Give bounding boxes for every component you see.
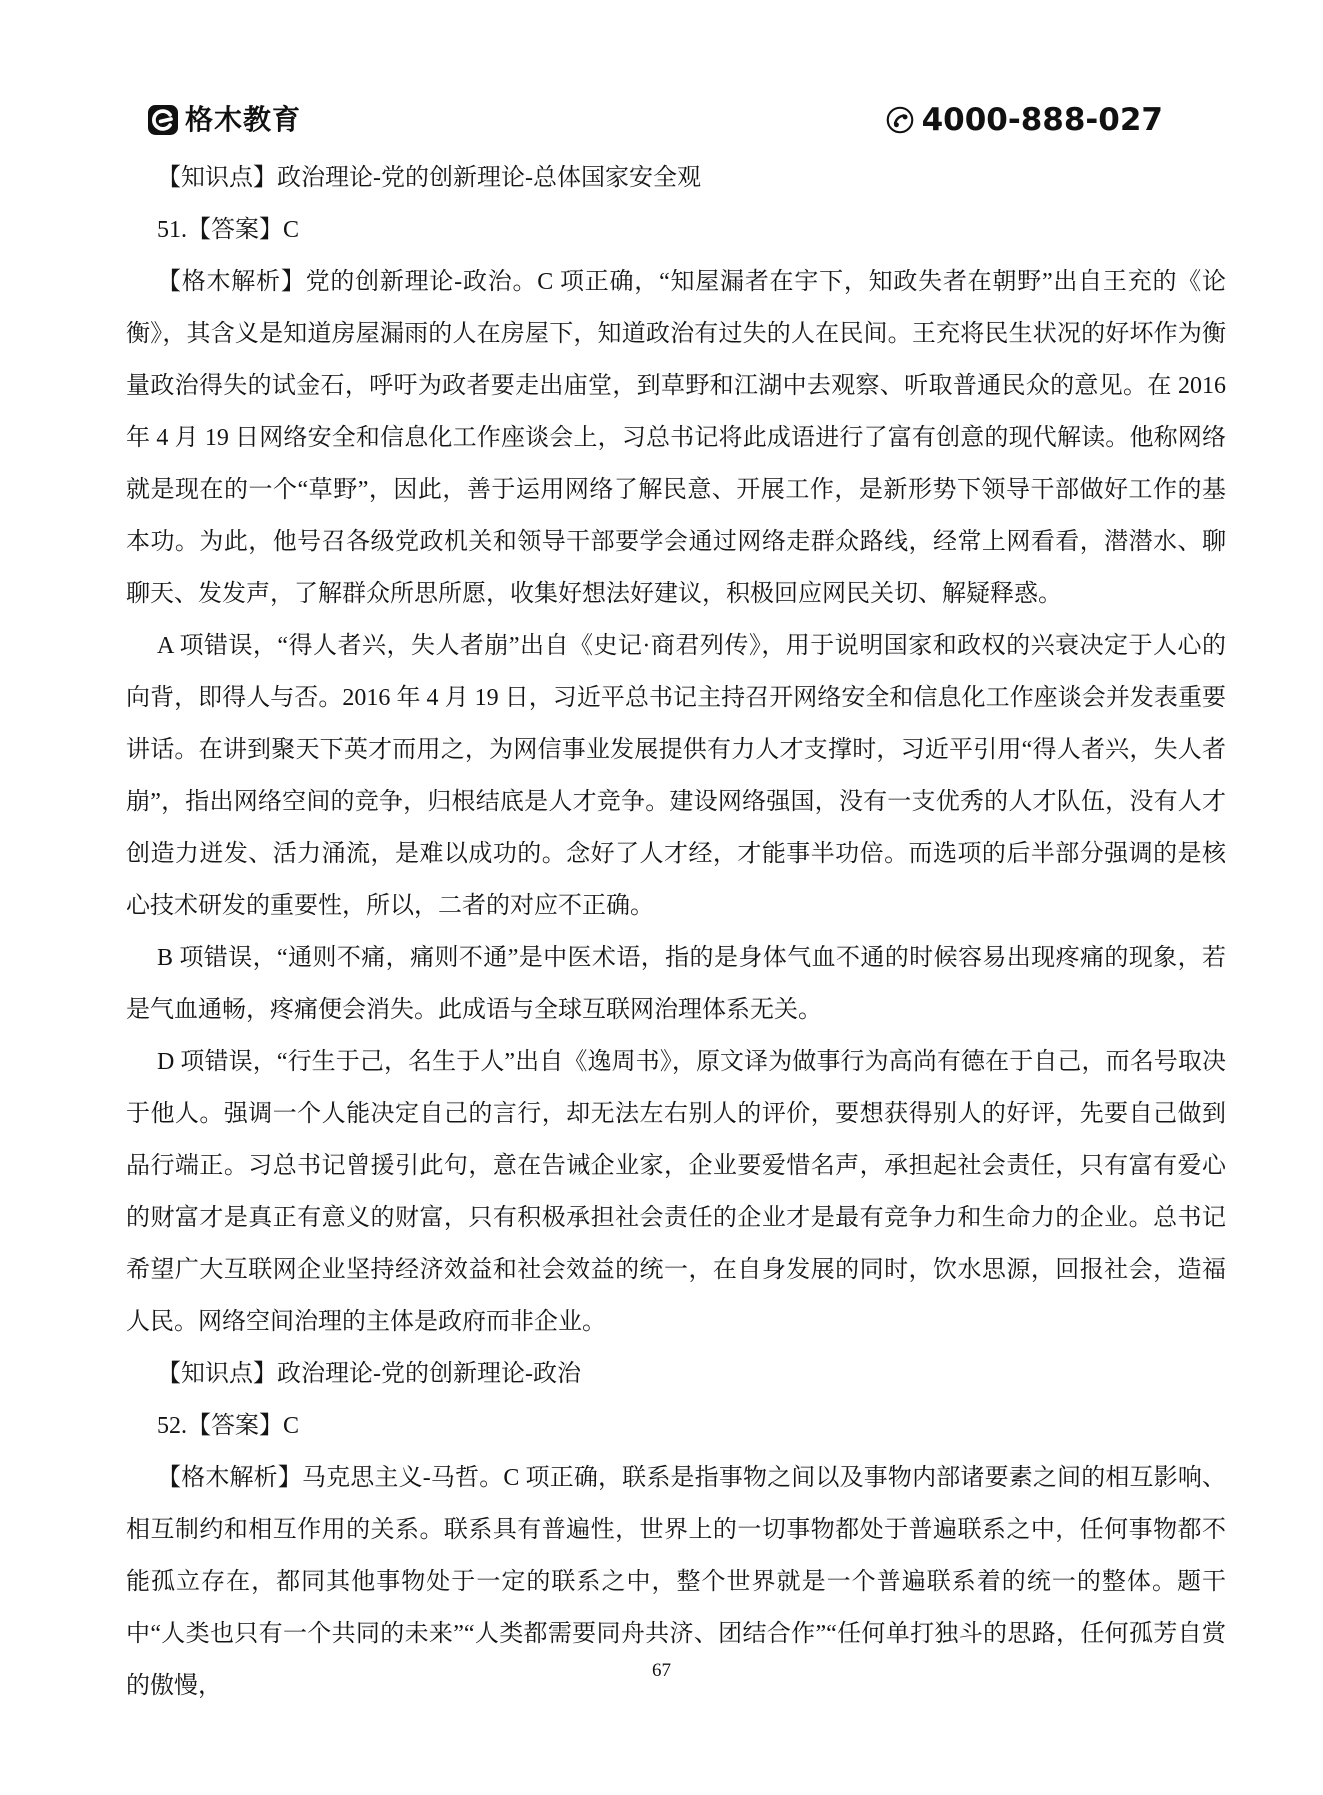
document-page: 格木教育 4000-888-027 【知识点】政治理论-党的创新理论-总体国家安… (0, 0, 1323, 1795)
brand-logo: 格木教育 (148, 105, 301, 135)
phone-icon (886, 106, 914, 134)
answer-key-content: 【知识点】政治理论-党的创新理论-总体国家安全观 51.【答案】C 【格木解析】… (126, 152, 1226, 1712)
option-a-analysis: A 项错误，“得人者兴，失人者崩”出自《史记·商君列传》，用于说明国家和政权的兴… (126, 620, 1226, 932)
brand-name: 格木教育 (185, 106, 301, 134)
page-number: 67 (652, 1660, 671, 1681)
page-footer: 67 (0, 1660, 1323, 1682)
answer-52: 52.【答案】C (126, 1400, 1226, 1452)
option-d-analysis: D 项错误，“行生于己，名生于人”出自《逸周书》，原文译为做事行为高尚有德在于自… (126, 1036, 1226, 1348)
answer-51: 51.【答案】C (126, 204, 1226, 256)
gemu-logo-icon (148, 105, 178, 135)
knowledge-point-51-footer: 【知识点】政治理论-党的创新理论-政治 (126, 1348, 1226, 1400)
contact-phone: 4000-888-027 (886, 105, 1163, 136)
phone-number: 4000-888-027 (922, 105, 1163, 136)
analysis-51: 【格木解析】党的创新理论-政治。C 项正确，“知屋漏者在宇下，知政失者在朝野”出… (126, 256, 1226, 620)
page-header: 格木教育 4000-888-027 (148, 100, 1163, 140)
option-b-analysis: B 项错误，“通则不痛，痛则不通”是中医术语，指的是身体气血不通的时候容易出现疼… (126, 932, 1226, 1036)
knowledge-point-51: 【知识点】政治理论-党的创新理论-总体国家安全观 (126, 152, 1226, 204)
